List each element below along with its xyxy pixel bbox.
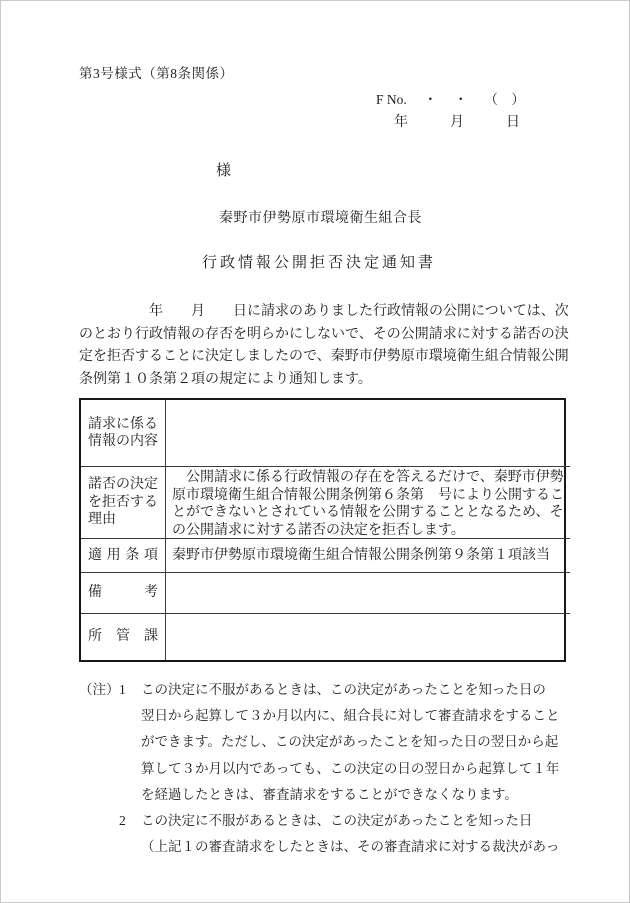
note-line: 翌日から起算して３か月以内に、組合長に対して審査請求をすること bbox=[79, 703, 565, 729]
note-line: 2 この決定に不服があるときは、この決定があったことを知った日 bbox=[79, 808, 565, 834]
file-number-line: F No. ・ ・ （ ） bbox=[376, 88, 525, 108]
table-value-requested-info bbox=[166, 400, 570, 466]
document-page: 第3号様式（第8条関係） F No. ・ ・ （ ） 年 月 日 様 秦野市伊勢… bbox=[0, 0, 630, 903]
table-value-responsible-section bbox=[166, 613, 570, 660]
note-line: を経過したときは、審査請求をすることができなくなります。 bbox=[79, 782, 565, 808]
document-title: 行政情報公開拒否決定通知書 bbox=[1, 251, 629, 272]
details-table: 請求に係る 情報の内容 諾否の決定 を拒否する 理由 公開請求に係る行政情報の存… bbox=[79, 398, 566, 662]
table-label-responsible-section: 所管課 bbox=[81, 613, 166, 660]
body-paragraph: 年 月 日に請求のありました行政情報の公開については、次 のとおり行政情報の存否… bbox=[79, 301, 575, 391]
note-line: ができます。ただし、この決定があったことを知った日の翌日から起 bbox=[79, 729, 565, 755]
notes-section: （注） 1 この決定に不服があるときは、この決定があったことを知った日の 翌日か… bbox=[79, 677, 565, 860]
body-line: 年 月 日に請求のありました行政情報の公開については、次 bbox=[79, 301, 575, 324]
table-label-refusal-reason: 諾否の決定 を拒否する 理由 bbox=[81, 466, 166, 538]
note-number: 2 bbox=[119, 808, 141, 834]
note-marker: （注） bbox=[79, 677, 119, 703]
note-line: （注） 1 この決定に不服があるときは、この決定があったことを知った日の bbox=[79, 677, 565, 703]
note-line: （上記１の審査請求をしたときは、その審査請求に対する裁決があっ bbox=[79, 834, 565, 860]
body-line: 定を拒否することに決定しましたので、秦野市伊勢原市環境衛生組合情報公開 bbox=[79, 346, 575, 369]
form-number: 第3号様式（第8条関係） bbox=[79, 62, 234, 82]
table-value-refusal-reason: 公開請求に係る行政情報の存在を答えるだけで、秦野市伊勢 原市環境衛生組合情報公開… bbox=[166, 466, 570, 538]
table-value-remarks bbox=[166, 572, 570, 613]
table-label-remarks: 備考 bbox=[81, 572, 166, 613]
body-line: のとおり行政情報の存否を明らかにしないで、その公開請求に対する諾否の決 bbox=[79, 324, 575, 347]
body-line: 条例第１０条第２項の規定により通知します。 bbox=[79, 369, 575, 392]
note-line: 算して３か月以内であっても、この決定の日の翌日から起算して１年 bbox=[79, 756, 565, 782]
table-label-applicable-provision: 適用条項 bbox=[81, 538, 166, 572]
table-label-requested-info: 請求に係る 情報の内容 bbox=[81, 400, 166, 466]
date-line: 年 月 日 bbox=[394, 111, 520, 131]
note-number: 1 bbox=[119, 677, 141, 703]
addressee-honorific: 様 bbox=[216, 159, 231, 180]
table-value-applicable-provision: 秦野市伊勢原市環境衛生組合情報公開条例第９条第１項該当 bbox=[166, 538, 570, 572]
issuer-name: 秦野市伊勢原市環境衛生組合長 bbox=[219, 207, 422, 227]
